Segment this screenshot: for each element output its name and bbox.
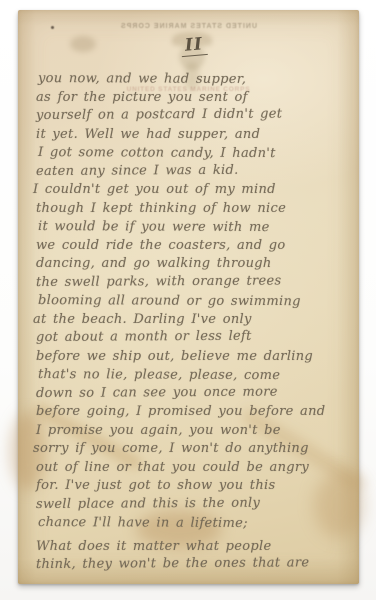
letter-line: as for the picture you sent of (36, 89, 353, 108)
letterhead-text-bleed-mirrored: UNITED STATES MARINE CORPS (18, 23, 359, 30)
letter-line: blooming all around or go swimming (38, 292, 355, 312)
letter-line: swell place and this is the only (36, 494, 353, 514)
smudge-top-left (70, 36, 96, 52)
letter-line: you now, and we had supper, (38, 70, 355, 90)
letter-line: at the beach. Darling I've only (33, 311, 350, 330)
letter-line: for. I've just got to show you this (36, 477, 353, 496)
letter-line: think, they won't be the ones that are (36, 554, 353, 574)
letter-line: yourself on a postcard I didn't get (36, 105, 353, 125)
letter-line: the swell parks, with orange trees (36, 272, 353, 292)
letter-line: I promise you again, you won't be (36, 422, 353, 441)
letter-line: before we ship out, believe me darling (36, 348, 353, 367)
letter-line: eaten any since I was a kid. (36, 161, 353, 181)
letter-line: out of line or that you could be angry (36, 459, 353, 478)
letter-line: I couldn't get you out of my mind (33, 181, 350, 200)
letter-line: What does it matter what people (36, 538, 353, 557)
letter-line: it yet. Well we had supper, and (36, 126, 353, 145)
letter-line: though I kept thinking of how nice (36, 200, 353, 219)
letter-line: sorry if you come, I won't do anything (33, 440, 350, 459)
letter-line: dancing, and go walking through (36, 255, 353, 274)
letter-paper: UNITED STATES MARINE CORPS UNITED STATES… (18, 10, 359, 584)
letter-line: got about a month or less left (36, 327, 353, 347)
letter-photograph: UNITED STATES MARINE CORPS UNITED STATES… (0, 0, 376, 600)
page-number: II (180, 35, 208, 57)
letter-line: it would be if you were with me (38, 218, 355, 238)
letter-body: you now, and we had supper,as for the pi… (36, 70, 353, 575)
letter-line: chance I'll have in a lifetime; (38, 514, 355, 534)
letter-line: we could ride the coasters, and go (36, 237, 353, 256)
letter-line: before going, I promised you before and (36, 403, 353, 422)
letter-line: down so I can see you once more (36, 383, 353, 403)
